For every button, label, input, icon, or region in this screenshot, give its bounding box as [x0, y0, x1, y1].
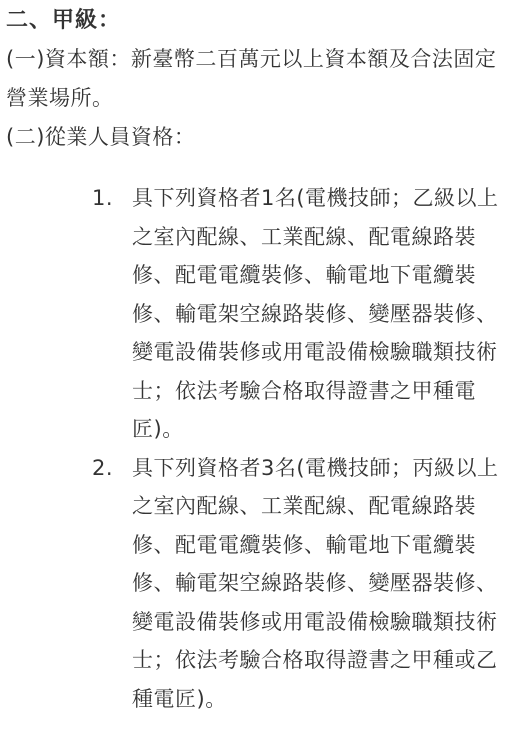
- list-item: 1. 具下列資格者1名(電機技師；乙級以上之室內配線、工業配線、配電線路裝修、配…: [92, 179, 508, 449]
- staff-qualification-paragraph: (二)從業人員資格：: [6, 118, 511, 157]
- list-item-text: 具下列資格者1名(電機技師；乙級以上之室內配線、工業配線、配電線路裝修、配電電纜…: [132, 186, 499, 441]
- capital-requirement-paragraph: (一)資本額：新臺幣二百萬元以上資本額及合法固定營業場所。: [6, 40, 511, 118]
- section-heading: 二、甲級：: [6, 2, 511, 40]
- list-item: 2. 具下列資格者3名(電機技師；丙級以上之室內配線、工業配線、配電線路裝修、配…: [92, 449, 508, 719]
- list-marker: 2.: [92, 449, 113, 488]
- list-item-text: 具下列資格者3名(電機技師；丙級以上之室內配線、工業配線、配電線路裝修、配電電纜…: [132, 456, 499, 711]
- list-marker: 1.: [92, 179, 113, 218]
- document-body: 二、甲級： (一)資本額：新臺幣二百萬元以上資本額及合法固定營業場所。 (二)從…: [0, 0, 511, 718]
- qualification-list: 1. 具下列資格者1名(電機技師；乙級以上之室內配線、工業配線、配電線路裝修、配…: [6, 179, 511, 718]
